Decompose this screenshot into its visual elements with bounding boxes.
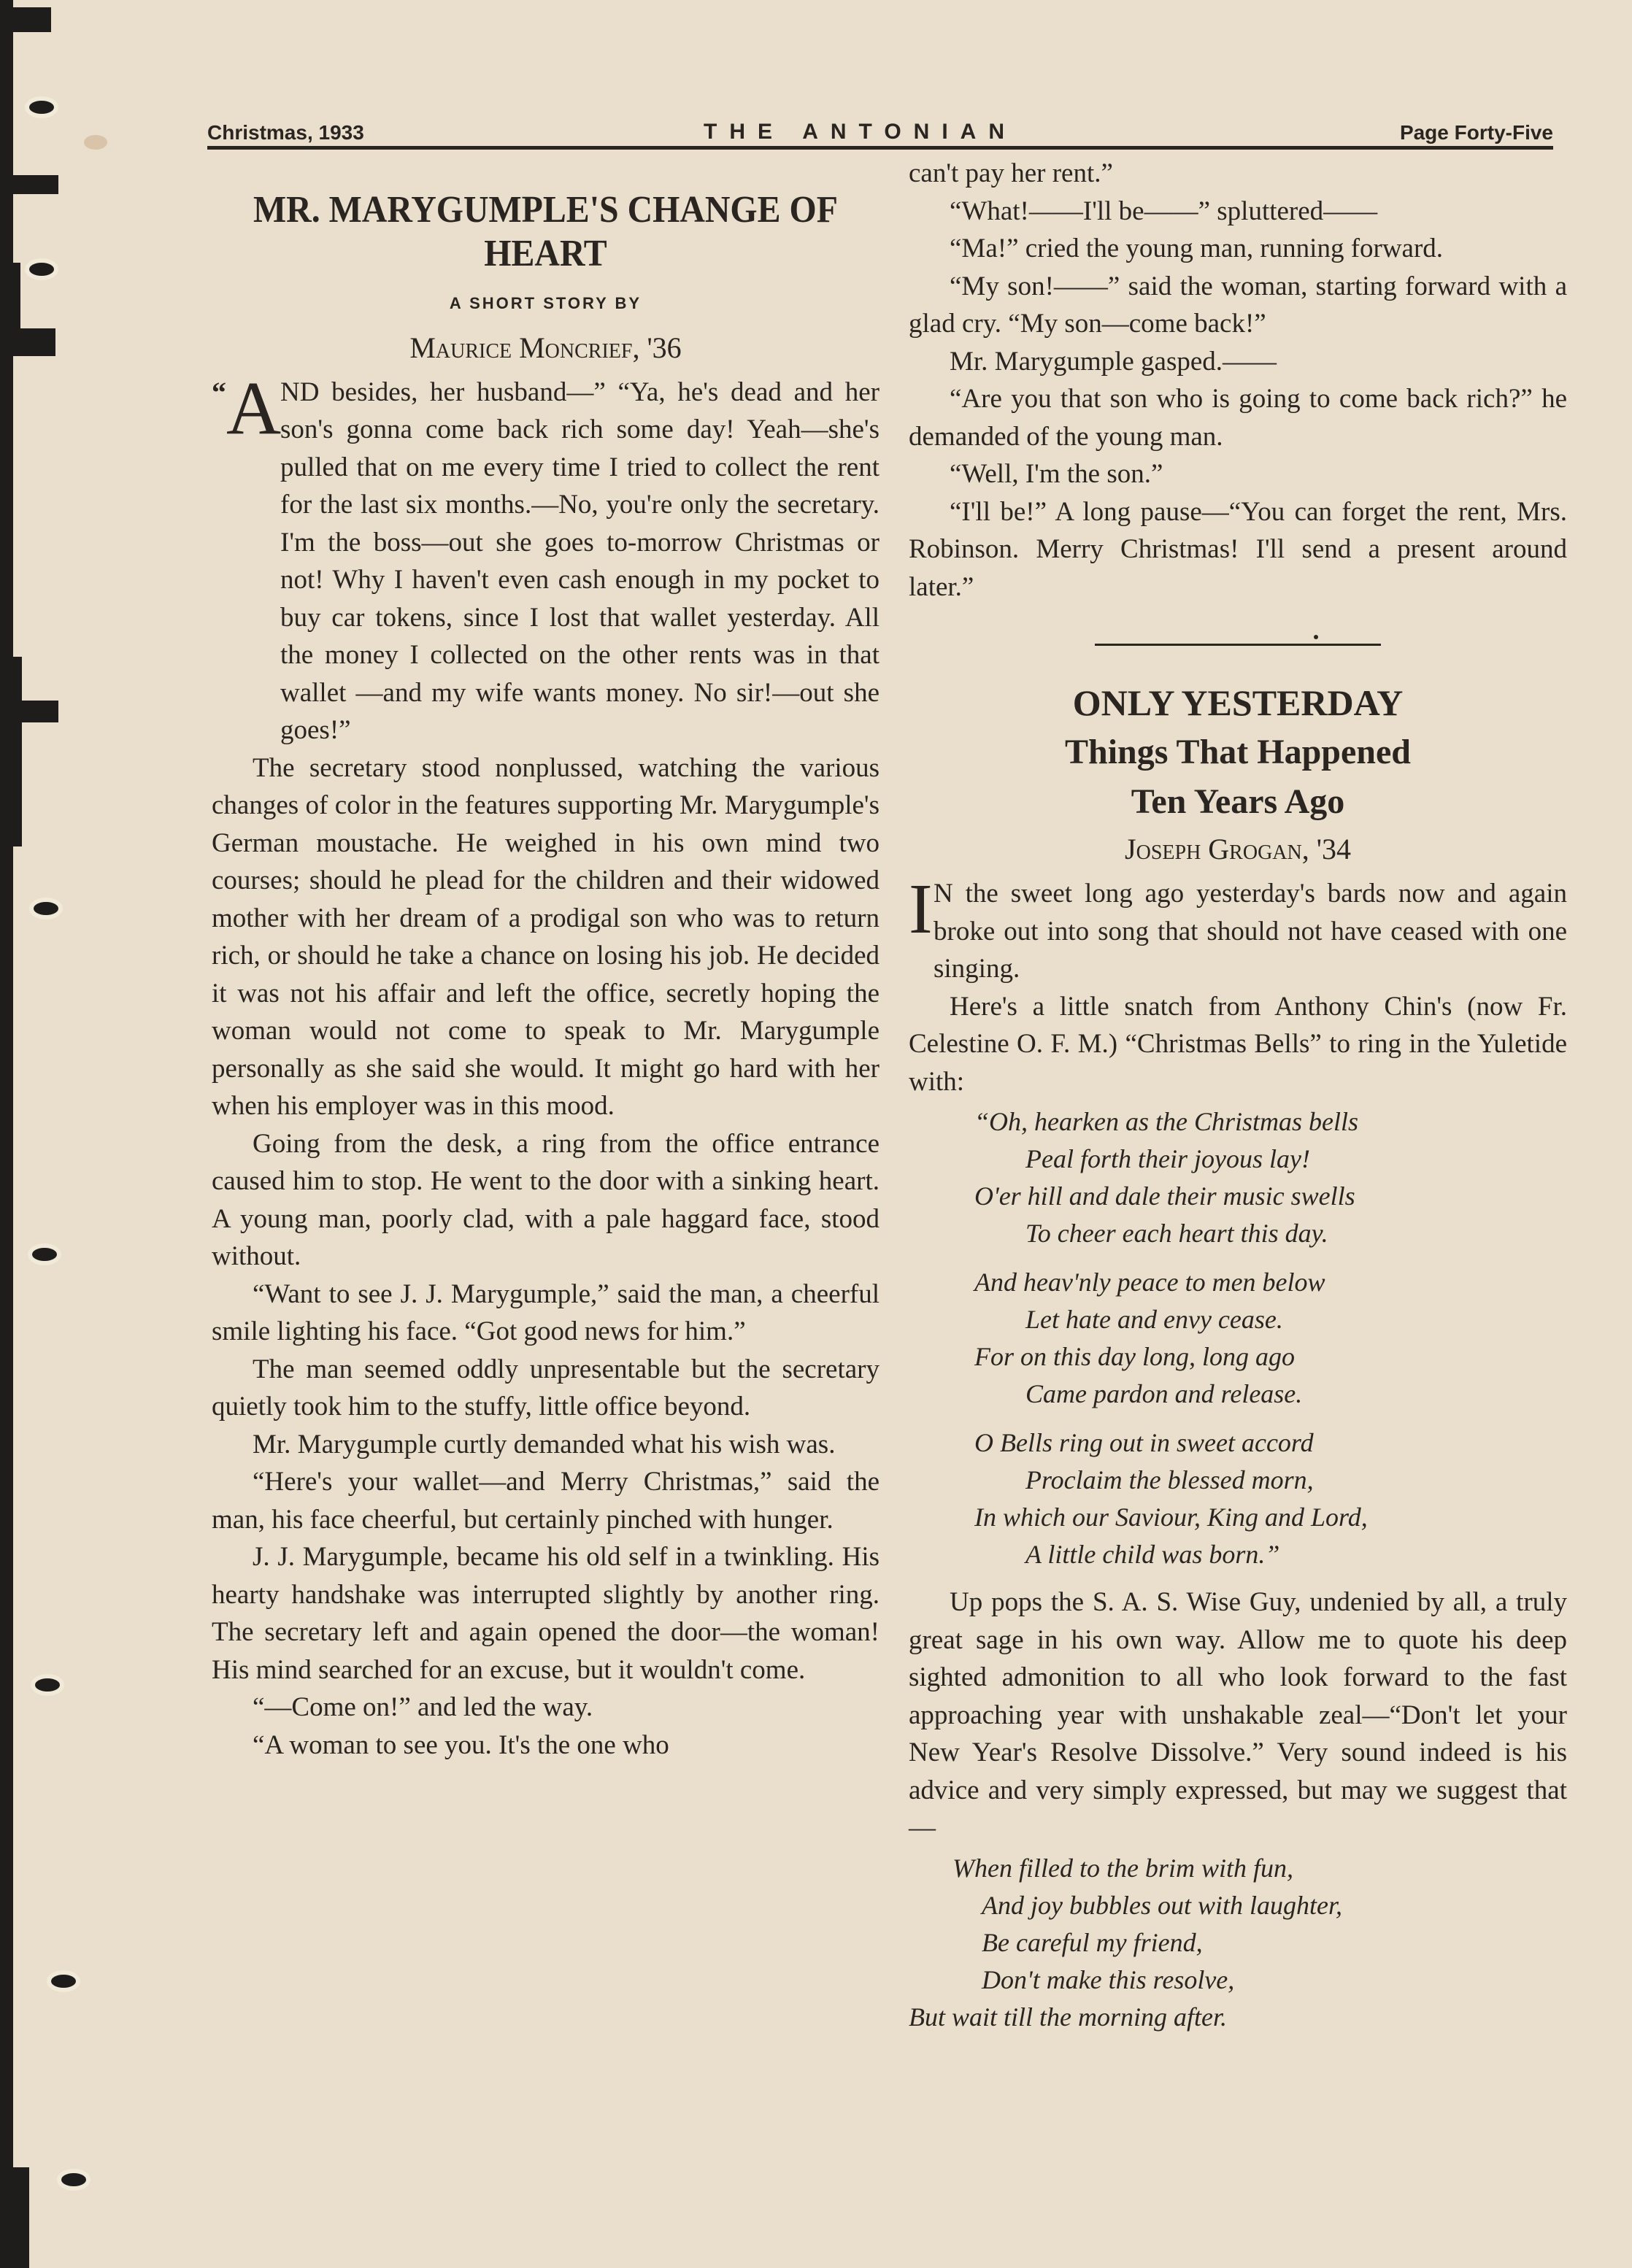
paragraph: Mr. Marygumple gasped.—— — [909, 343, 1567, 381]
paragraph: “—Come on!” and led the way. — [212, 1689, 879, 1727]
page-header: Christmas, 1933 THE ANTONIAN Page Forty-… — [207, 114, 1553, 150]
poem-line: Came pardon and release. — [909, 1376, 1567, 1413]
paragraph: Up pops the S. A. S. Wise Guy, undenied … — [909, 1584, 1567, 1847]
left-column: MR. MARYGUMPLE'S CHANGE OF HEART A SHORT… — [212, 188, 879, 1764]
paragraph: Mr. Marygumple curtly demanded what his … — [212, 1426, 879, 1464]
paragraph: Here's a little snatch from Anthony Chin… — [909, 988, 1567, 1101]
paper-stain — [84, 135, 107, 150]
poem-line: Peal forth their joyous lay! — [909, 1141, 1567, 1178]
page-number: Page Forty-Five — [1400, 121, 1553, 144]
poem-resolve: When filled to the brim with fun, And jo… — [909, 1850, 1567, 2036]
intro-paragraph: I N the sweet long ago yesterday's bards… — [909, 875, 1567, 988]
drop-cap: “A — [212, 371, 281, 447]
publication-title: THE ANTONIAN — [704, 120, 1017, 144]
poem-line: To cheer each heart this day. — [909, 1215, 1567, 1252]
paragraph: Going from the desk, a ring from the off… — [212, 1125, 879, 1276]
drop-cap: I — [909, 876, 933, 942]
paragraph: “My son!——” said the woman, starting for… — [909, 268, 1567, 343]
section-title: ONLY YESTERDAY — [909, 678, 1567, 728]
binding-hole — [61, 2173, 86, 2186]
paragraph: “Well, I'm the son.” — [909, 455, 1567, 493]
poem-line: In which our Saviour, King and Lord, — [909, 1499, 1567, 1536]
paragraph: “Here's your wallet—and Merry Christmas,… — [212, 1463, 879, 1538]
binding-hole — [51, 1975, 76, 1988]
torn-edge — [0, 7, 51, 32]
section-subtitle: Ten Years Ago — [909, 777, 1567, 827]
poem-line: “Oh, hearken as the Christmas bells — [909, 1103, 1567, 1141]
paragraph: The man seemed oddly unpresentable but t… — [212, 1351, 879, 1426]
poem-line: Don't make this resolve, — [909, 1962, 1567, 1999]
poem-line: A little child was born.” — [909, 1536, 1567, 1573]
binding-hole — [29, 101, 54, 114]
story-kicker: A SHORT STORY BY — [212, 285, 879, 323]
poem-line: But wait till the morning after. — [909, 1999, 1567, 2036]
torn-edge — [0, 701, 58, 722]
torn-edge — [0, 328, 55, 356]
torn-edge — [0, 657, 22, 846]
paragraph: “Ma!” cried the young man, running forwa… — [909, 230, 1567, 268]
poem-line: O Bells ring out in sweet accord — [909, 1424, 1567, 1462]
paragraph: The secretary stood nonplussed, watching… — [212, 749, 879, 1125]
section-byline: Joseph Grogan, '34 — [909, 831, 1567, 868]
torn-edge — [0, 175, 58, 194]
binding-hole — [34, 902, 58, 915]
paragraph: “A woman to see you. It's the one who — [212, 1727, 879, 1764]
story-title: MR. MARYGUMPLE'S CHANGE OF HEART — [239, 188, 853, 276]
poem-line: When filled to the brim with fun, — [909, 1850, 1567, 1887]
poem-line: Be careful my friend, — [909, 1924, 1567, 1962]
paragraph: J. J. Marygumple, became his old self in… — [212, 1538, 879, 1689]
poem-line: Proclaim the blessed morn, — [909, 1462, 1567, 1499]
section-subtitle: Things That Happened — [909, 728, 1567, 777]
poem-line: And heav'nly peace to men below — [909, 1264, 1567, 1301]
paragraph: “Want to see J. J. Marygumple,” said the… — [212, 1276, 879, 1351]
paragraph: can't pay her rent.” — [909, 155, 1567, 193]
poem-line: And joy bubbles out with laughter, — [909, 1887, 1567, 1924]
torn-edge — [0, 263, 20, 328]
opening-paragraph: “A ND besides, her husband—” “Ya, he's d… — [212, 374, 879, 749]
poem-line: O'er hill and dale their music swells — [909, 1178, 1567, 1215]
right-column: can't pay her rent.” “What!——I'll be——” … — [909, 155, 1567, 2039]
issue-date: Christmas, 1933 — [207, 121, 364, 144]
torn-edge — [0, 2167, 29, 2268]
story-byline: Maurice Moncrief, '36 — [212, 330, 879, 366]
binding-hole — [29, 263, 54, 276]
binding-hole — [35, 1678, 60, 1692]
paragraph: “Are you that son who is going to come b… — [909, 380, 1567, 455]
poem-line: For on this day long, long ago — [909, 1338, 1567, 1376]
poem-line: Let hate and envy cease. — [909, 1301, 1567, 1338]
poem-christmas-bells: “Oh, hearken as the Christmas bells Peal… — [909, 1103, 1567, 1573]
binding-hole — [32, 1248, 57, 1261]
paragraph: “I'll be!” A long pause—“You can forget … — [909, 493, 1567, 606]
section-divider — [1095, 644, 1381, 646]
paragraph: “What!——I'll be——” spluttered—— — [909, 193, 1567, 231]
